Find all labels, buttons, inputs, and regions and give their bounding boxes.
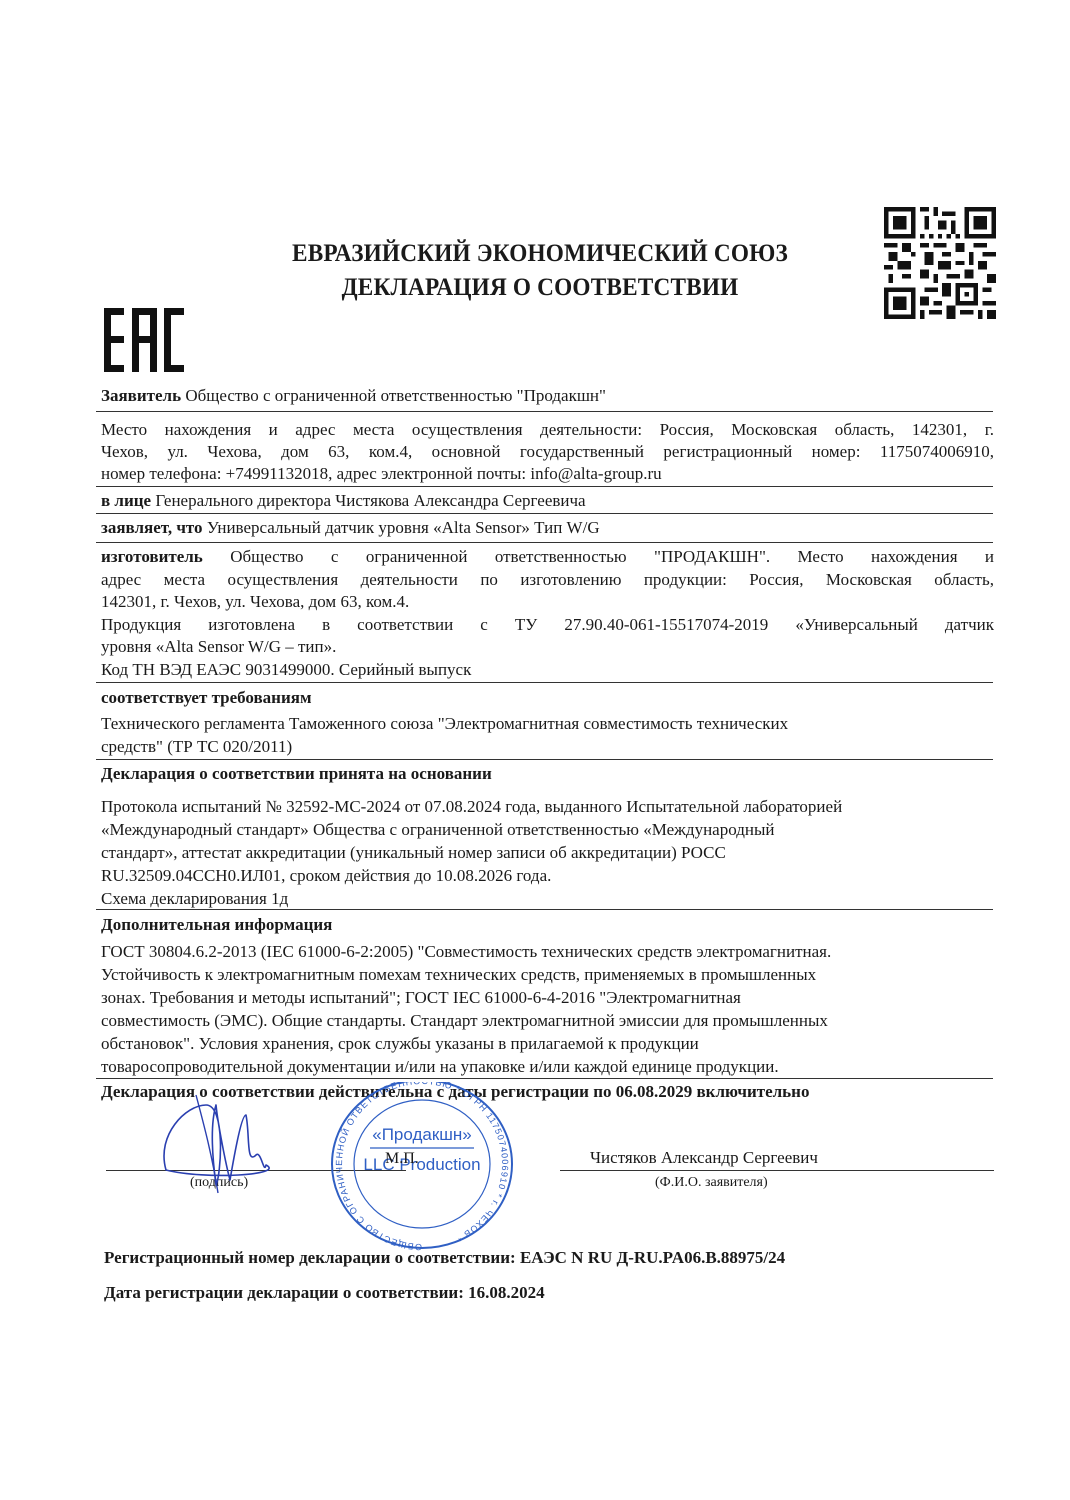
divider bbox=[96, 909, 993, 910]
declaration-title: ДЕКЛАРАЦИЯ О СООТВЕТСТВИИ bbox=[224, 271, 856, 305]
protocol-line: стандарт», аттестат аккредитации (уникал… bbox=[101, 841, 994, 864]
divider bbox=[96, 486, 993, 487]
stamp-name-ru: «Продакшн» bbox=[372, 1125, 472, 1144]
product-standard-line: уровня «Alta Sensor W/G – тип». bbox=[101, 636, 994, 659]
represented-by-row: в лице Генерального директора Чистякова … bbox=[101, 490, 994, 512]
signature-scribble bbox=[146, 1085, 306, 1195]
additional-line: зонах. Требования и методы испытаний"; Г… bbox=[101, 986, 994, 1009]
signer-line bbox=[560, 1170, 994, 1171]
eac-logo bbox=[102, 306, 186, 374]
additional-section: ГОСТ 30804.6.2-2013 (IEC 61000-6-2:2005)… bbox=[101, 940, 994, 1078]
signer-name: Чистяков Александр Сергеевич bbox=[590, 1147, 890, 1169]
additional-heading-text: Дополнительная информация bbox=[101, 915, 332, 934]
manufacturer-line: 142301, г. Чехов, ул. Чехова, дом 63, ко… bbox=[101, 591, 994, 614]
qr-code-icon bbox=[884, 207, 996, 319]
declares-label: заявляет, что bbox=[101, 518, 203, 537]
basis-section: Протокола испытаний № 32592-МС-2024 от 0… bbox=[101, 795, 994, 910]
registration-date: 16.08.2024 bbox=[468, 1283, 545, 1302]
union-title: ЕВРАЗИЙСКИЙ ЭКОНОМИЧЕСКИЙ СОЮЗ bbox=[224, 237, 856, 271]
represented-by-label: в лице bbox=[101, 491, 151, 510]
registration-number-row: Регистрационный номер декларации о соотв… bbox=[104, 1247, 997, 1269]
applicant-label: Заявитель bbox=[101, 386, 181, 405]
registration-number: ЕАЭС N RU Д-RU.PA06.B.88975/24 bbox=[520, 1248, 785, 1267]
applicant-value: Общество с ограниченной ответственностью… bbox=[185, 386, 606, 405]
stamp-name-en: LLC Production bbox=[363, 1155, 480, 1174]
address-line: Место нахождения и адрес места осуществл… bbox=[101, 419, 994, 441]
address-section: Место нахождения и адрес места осуществл… bbox=[101, 419, 994, 485]
registration-date-row: Дата регистрации декларации о соответств… bbox=[104, 1282, 997, 1304]
divider bbox=[96, 513, 993, 514]
additional-line: Устойчивость к электромагнитным помехам … bbox=[101, 963, 994, 986]
divider bbox=[96, 542, 993, 543]
address-line: номер телефона: +74991132018, адрес элек… bbox=[101, 463, 994, 485]
stamp-mark: М.П. bbox=[385, 1150, 419, 1168]
signer-caption: (Ф.И.О. заявителя) bbox=[655, 1172, 855, 1194]
hs-code-line: Код ТН ВЭД ЕАЭС 9031499000. Серийный вып… bbox=[101, 659, 994, 682]
registration-number-label: Регистрационный номер декларации о соотв… bbox=[104, 1248, 516, 1267]
divider bbox=[96, 759, 993, 760]
product-standard-line: Продукция изготовлена в соответствии с Т… bbox=[101, 614, 994, 637]
represented-by-value: Генерального директора Чистякова Алексан… bbox=[155, 491, 585, 510]
complies-section: Технического регламента Таможенного союз… bbox=[101, 712, 994, 758]
regulation-line: Технического регламента Таможенного союз… bbox=[101, 712, 994, 735]
company-stamp: ОБЩЕСТВО С ОГРАНИЧЕННОЙ ОТВЕТСТВЕННОСТЬЮ… bbox=[312, 1082, 532, 1252]
declaration-scheme: Схема декларирования 1д bbox=[101, 887, 994, 910]
additional-line: обстановок". Условия хранения, срок служ… bbox=[101, 1032, 994, 1055]
manufacturer-line: адрес места осуществления деятельности п… bbox=[101, 569, 994, 592]
divider bbox=[96, 1078, 993, 1079]
registration-date-label: Дата регистрации декларации о соответств… bbox=[104, 1283, 464, 1302]
basis-heading-text: Декларация о соответствии принята на осн… bbox=[101, 764, 492, 783]
divider bbox=[96, 682, 993, 683]
complies-heading: соответствует требованиям bbox=[101, 687, 994, 709]
declares-row: заявляет, что Универсальный датчик уровн… bbox=[101, 517, 994, 539]
protocol-line: RU.32509.04ССН0.ИЛ01, сроком действия до… bbox=[101, 864, 994, 887]
protocol-line: «Международный стандарт» Общества с огра… bbox=[101, 818, 994, 841]
manufacturer-section: изготовитель Общество с ограниченной отв… bbox=[101, 546, 994, 681]
additional-line: ГОСТ 30804.6.2-2013 (IEC 61000-6-2:2005)… bbox=[101, 940, 994, 963]
manufacturer-line: Общество с ограниченной ответственностью… bbox=[230, 547, 994, 566]
protocol-line: Протокола испытаний № 32592-МС-2024 от 0… bbox=[101, 795, 994, 818]
basis-heading: Декларация о соответствии принята на осн… bbox=[101, 763, 994, 785]
additional-line: товаросопроводительной документации и/ил… bbox=[101, 1055, 994, 1078]
applicant-row: Заявитель Общество с ограниченной ответс… bbox=[101, 385, 994, 407]
address-line: Чехов, ул. Чехова, дом 63, ком.4, основн… bbox=[101, 441, 994, 463]
complies-heading-text: соответствует требованиям bbox=[101, 688, 312, 707]
additional-heading: Дополнительная информация bbox=[101, 914, 994, 936]
declares-value: Универсальный датчик уровня «Alta Sensor… bbox=[207, 518, 600, 537]
manufacturer-label: изготовитель bbox=[101, 547, 203, 566]
regulation-line: средств" (ТР ТС 020/2011) bbox=[101, 735, 994, 758]
additional-line: совместимость (ЭМС). Общие стандарты. Ст… bbox=[101, 1009, 994, 1032]
declaration-page: ЕВРАЗИЙСКИЙ ЭКОНОМИЧЕСКИЙ СОЮЗ ДЕКЛАРАЦИ… bbox=[0, 0, 1070, 1500]
divider bbox=[96, 411, 993, 412]
